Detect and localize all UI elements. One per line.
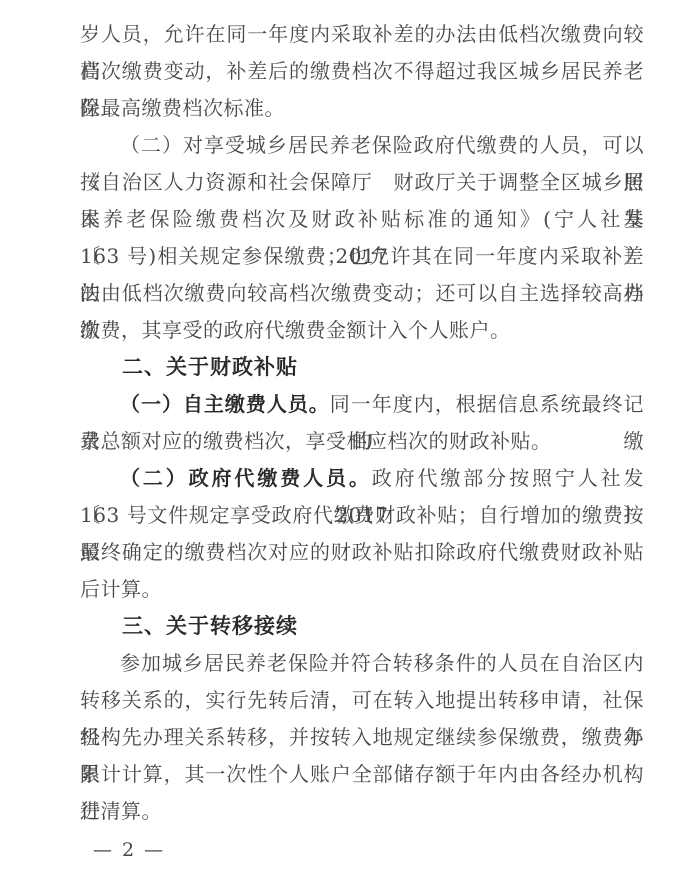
lead-emphasis: 二、关于财政补贴 [122, 355, 298, 379]
lead-emphasis: 三、关于转移接续 [122, 614, 298, 638]
text-line: 机构先办理关系转移，并按转入地规定继续参保缴费，缴费年限 [80, 719, 644, 756]
text-run: 最终确定的缴费档次对应的财政补贴扣除政府代缴费财政补贴 [80, 540, 644, 564]
section-heading: 二、关于财政补贴 [80, 349, 644, 386]
text-line: 本养老保险缴费档次及财政补贴标准的通知》(宁人社发〔2017〕 [80, 201, 644, 238]
text-line: 转移关系的，实行先转后清，可在转入地提出转移申请，社保经办 [80, 682, 644, 719]
lead-emphasis: （一）自主缴费人员。 [120, 392, 330, 416]
text-line: （二）政府代缴费人员。政府代缴部分按照宁人社发〔2017〕 [80, 460, 644, 497]
text-line: 后计算。 [80, 571, 644, 608]
text-line: 缴费，其享受的政府代缴费金额计入个人账户。 [80, 312, 644, 349]
text-run: 参加城乡居民养老保险并符合转移条件的人员在自治区内 [120, 651, 644, 675]
lead-emphasis: （二）政府代缴费人员。 [120, 466, 372, 490]
section-heading: 三、关于转移接续 [80, 608, 644, 645]
text-line: 163 号文件规定享受政府代缴费财政补贴；自行增加的缴费按照 [80, 497, 644, 534]
text-run: 费总额对应的缴费档次，享受相应档次的财政补贴。 [80, 429, 552, 453]
text-run: 行清算。 [80, 799, 162, 823]
document-page: 岁人员，允许在同一年度内采取补差的办法由低档次缴费向较高档次缴费变动，补差后的缴… [0, 0, 700, 871]
text-line: 险最高缴费档次标准。 [80, 90, 644, 127]
text-line: 法由低档次缴费向较高档次缴费变动；还可以自主选择较高档次 [80, 275, 644, 312]
text-line: 累计计算，其一次性个人账户全部储存额于年内由各经办机构进 [80, 756, 644, 793]
text-line: 163 号)相关规定参保缴费；也允许其在同一年度内采取补差的办 [80, 238, 644, 275]
text-run: 险最高缴费档次标准。 [80, 96, 285, 120]
text-line: 《自治区人力资源和社会保障厅 财政厅关于调整全区城乡居民基 [80, 164, 644, 201]
page-number: — 2 — [80, 839, 644, 861]
text-line: 岁人员，允许在同一年度内采取补差的办法由低档次缴费向较高 [80, 16, 644, 53]
text-line: 最终确定的缴费档次对应的财政补贴扣除政府代缴费财政补贴 [80, 534, 644, 571]
text-run: 后计算。 [80, 577, 162, 601]
text-line: 行清算。 [80, 793, 644, 830]
text-line: （二）对享受城乡居民养老保险政府代缴费的人员，可以按照 [80, 127, 644, 164]
text-line: 档次缴费变动，补差后的缴费档次不得超过我区城乡居民养老保 [80, 53, 644, 90]
text-line: 参加城乡居民养老保险并符合转移条件的人员在自治区内 [80, 645, 644, 682]
text-line: （一）自主缴费人员。同一年度内，根据信息系统最终记录的缴 [80, 386, 644, 423]
text-run: 缴费，其享受的政府代缴费金额计入个人账户。 [80, 318, 511, 342]
document-body: 岁人员，允许在同一年度内采取补差的办法由低档次缴费向较高档次缴费变动，补差后的缴… [80, 16, 644, 830]
